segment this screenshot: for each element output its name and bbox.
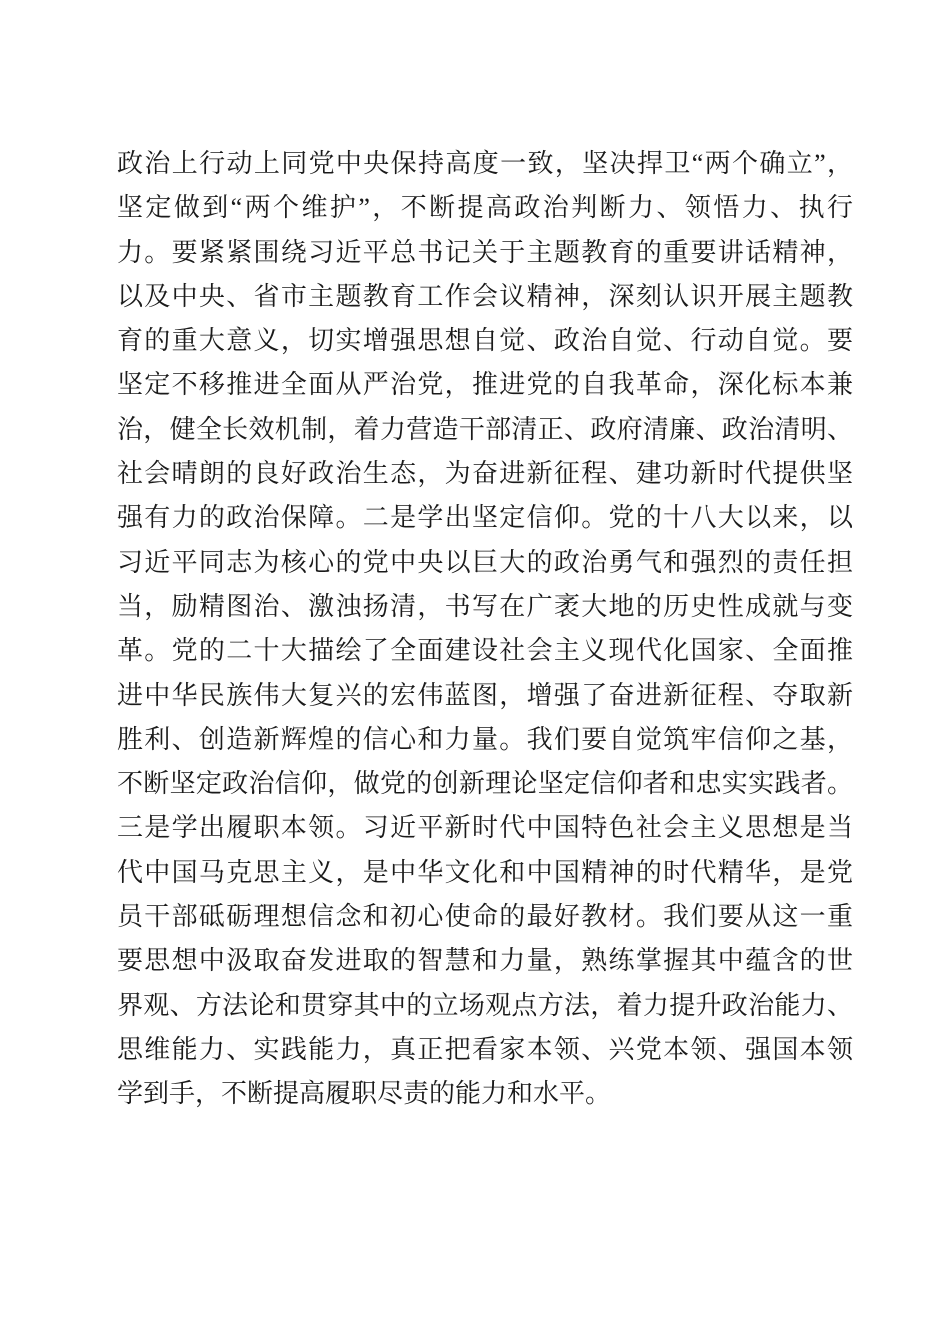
text-line: 力。要紧紧围绕习近平总书记关于主题教育的重要讲话精神， bbox=[117, 231, 853, 275]
text-line: 三是学出履职本领。习近平新时代中国特色社会主义思想是当 bbox=[117, 806, 853, 850]
text-line: 胜利、创造新辉煌的信心和力量。我们要自觉筑牢信仰之基， bbox=[117, 718, 853, 762]
text-line: 坚定不移推进全面从严治党，推进党的自我革命，深化标本兼 bbox=[117, 363, 853, 407]
text-line: 革。党的二十大描绘了全面建设社会主义现代化国家、全面推 bbox=[117, 629, 853, 673]
text-line: 政治上行动上同党中央保持高度一致，坚决捍卫“两个确立”， bbox=[117, 142, 853, 186]
text-line: 思维能力、实践能力，真正把看家本领、兴党本领、强国本领 bbox=[117, 1028, 853, 1072]
text-line: 强有力的政治保障。二是学出坚定信仰。党的十八大以来，以 bbox=[117, 496, 853, 540]
text-line: 代中国马克思主义，是中华文化和中国精神的时代精华，是党 bbox=[117, 851, 853, 895]
text-line: 育的重大意义，切实增强思想自觉、政治自觉、行动自觉。要 bbox=[117, 319, 853, 363]
text-line: 不断坚定政治信仰，做党的创新理论坚定信仰者和忠实实践者。 bbox=[117, 762, 853, 806]
text-line: 治，健全长效机制，着力营造干部清正、政府清廉、政治清明、 bbox=[117, 408, 853, 452]
text-line: 习近平同志为核心的党中央以巨大的政治勇气和强烈的责任担 bbox=[117, 541, 853, 585]
text-line: 界观、方法论和贯穿其中的立场观点方法，着力提升政治能力、 bbox=[117, 984, 853, 1028]
document-body-paragraph: 政治上行动上同党中央保持高度一致，坚决捍卫“两个确立”，坚定做到“两个维护”，不… bbox=[117, 142, 853, 1117]
text-line: 坚定做到“两个维护”，不断提高政治判断力、领悟力、执行 bbox=[117, 186, 853, 230]
text-line: 要思想中汲取奋发进取的智慧和力量，熟练掌握其中蕴含的世 bbox=[117, 939, 853, 983]
text-line: 社会晴朗的良好政治生态，为奋进新征程、建功新时代提供坚 bbox=[117, 452, 853, 496]
text-line: 进中华民族伟大复兴的宏伟蓝图，增强了奋进新征程、夺取新 bbox=[117, 674, 853, 718]
text-line: 以及中央、省市主题教育工作会议精神，深刻认识开展主题教 bbox=[117, 275, 853, 319]
document-page: 政治上行动上同党中央保持高度一致，坚决捍卫“两个确立”，坚定做到“两个维护”，不… bbox=[0, 0, 950, 1344]
text-line: 学到手，不断提高履职尽责的能力和水平。 bbox=[117, 1072, 853, 1116]
text-line: 员干部砥砺理想信念和初心使命的最好教材。我们要从这一重 bbox=[117, 895, 853, 939]
text-line: 当，励精图治、激浊扬清，书写在广袤大地的历史性成就与变 bbox=[117, 585, 853, 629]
